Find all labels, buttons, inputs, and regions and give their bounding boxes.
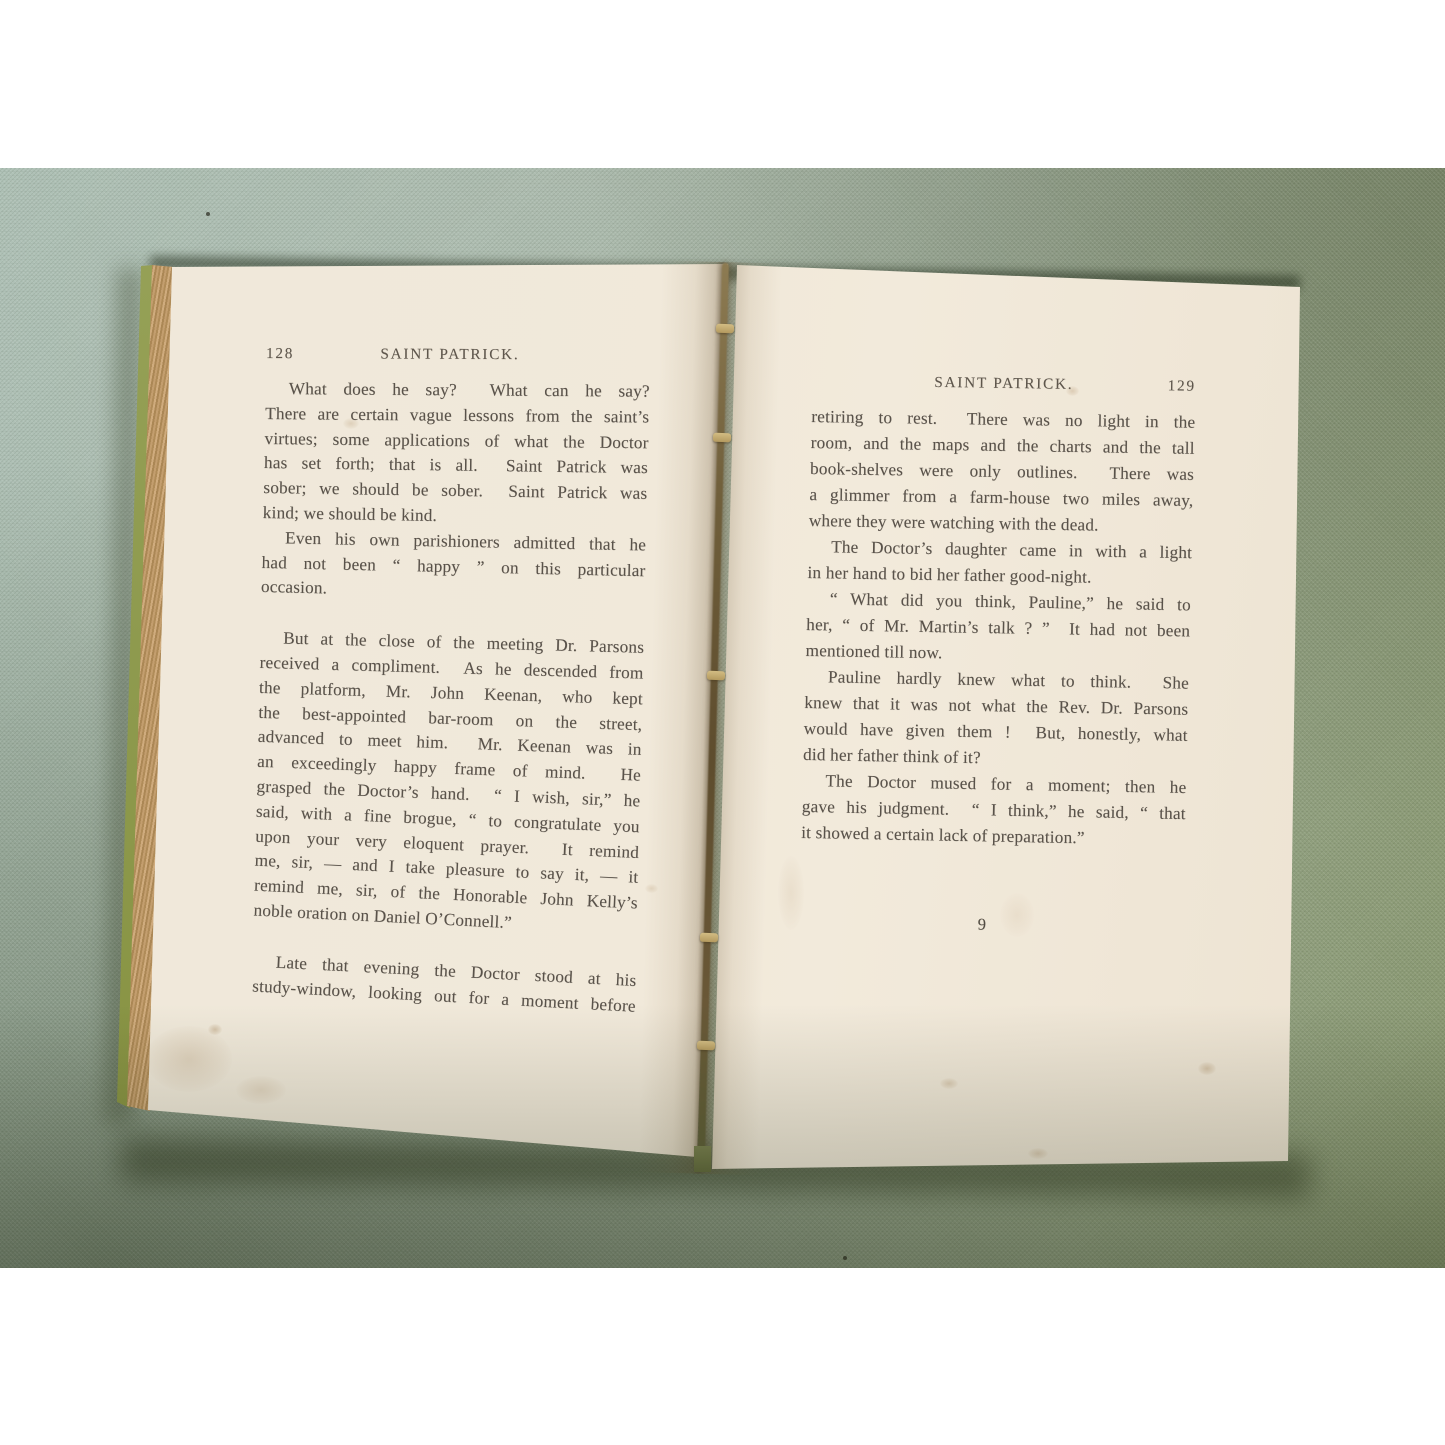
right-running-title: SAINT PATRICK. [868,373,1140,395]
white-margin-bottom [0,1268,1445,1445]
binding-thread-knot [713,433,731,443]
binding-thread-knot [700,933,718,943]
left-running-title: SAINT PATRICK. [314,345,586,364]
right-running-head: SAINT PATRICK. 129 [812,372,1196,400]
fabric-speck [206,212,210,216]
white-margin-top [0,0,1445,168]
fabric-backdrop: 128 SAINT PATRICK. What does he say? Wha… [0,168,1445,1268]
binding-thread-knot [697,1041,715,1051]
text-line: What does he say? What can he say? [266,377,650,404]
right-page-number: 129 [1140,377,1196,396]
left-page-text: 128 SAINT PATRICK. What does he say? Wha… [263,345,650,1001]
binding-thread-knot [707,671,725,681]
left-body-text: What does he say? What can he say?There … [263,377,650,1001]
binding-thread-knot [716,324,734,334]
book-photo-canvas: 128 SAINT PATRICK. What does he say? Wha… [0,0,1445,1445]
text-line: There are certain vague lessons from the… [265,402,649,430]
header-spacer [812,385,868,386]
fabric-speck [843,1256,847,1260]
left-running-head: 128 SAINT PATRICK. [266,345,650,369]
right-body-text: retiring to rest. There was no light in … [805,404,1196,852]
right-page-text: SAINT PATRICK. 129 retiring to rest. The… [804,372,1196,938]
gutter-gap-fabric [694,1146,711,1172]
